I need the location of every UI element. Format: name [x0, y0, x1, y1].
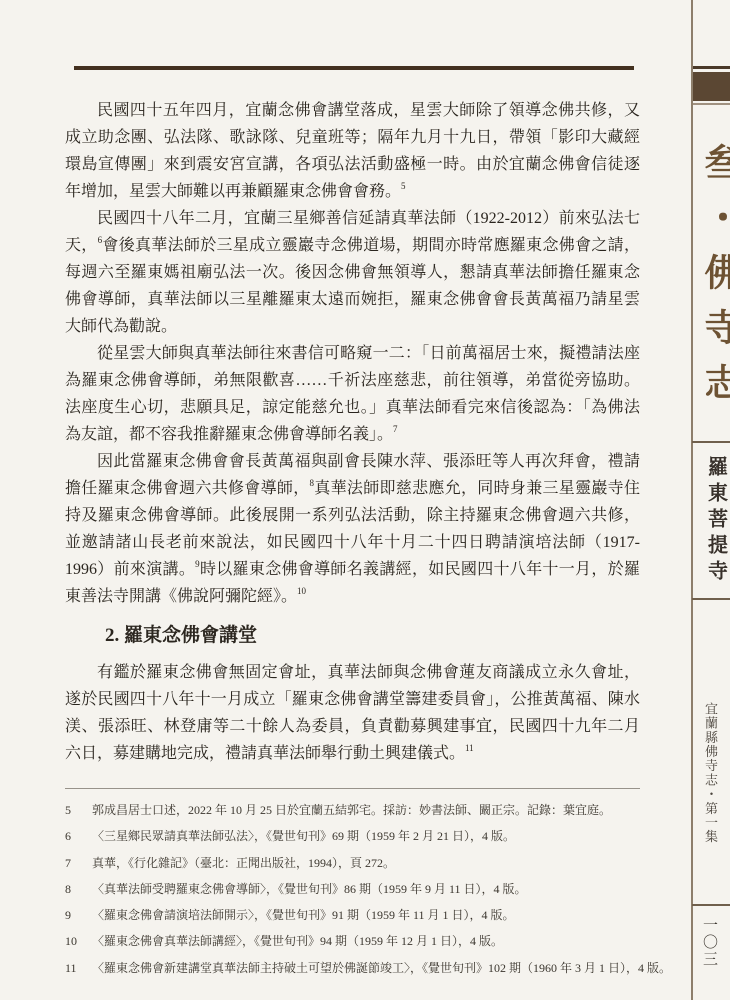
footnote-text: 真華，《行化雜記》（臺北：正聞出版社，1994），頁 272。: [92, 850, 395, 876]
footnote-marker: 10: [297, 586, 306, 596]
section-top-rule: [74, 66, 634, 70]
footnote-item: 9〈羅東念佛會請演培法師開示〉，《覺世旬刊》91 期（1959 年 11 月 1…: [65, 902, 665, 928]
sidebar-bar-top-line: [693, 66, 730, 69]
sidebar-bar-bottom-line: [693, 103, 730, 105]
book-title-vertical: 宜蘭縣佛寺志・第一集: [703, 702, 717, 844]
footnote-item: 8〈真華法師受聘羅東念佛會導師〉，《覺世旬刊》86 期（1959 年 9 月 1…: [65, 876, 665, 902]
section-heading: 2. 羅東念佛會講堂: [65, 622, 640, 650]
part-title-vertical: 叁・佛寺志: [699, 143, 730, 418]
footnote-number: 7: [65, 850, 92, 876]
footnote-text: 郭成昌居士口述，2022 年 10 月 25 日於宜蘭五結郭宅。採訪：妙書法師、…: [92, 797, 611, 823]
footnote-number: 5: [65, 797, 92, 823]
footnote-marker: 6: [98, 235, 103, 245]
chapter-title-box: 羅東菩提寺: [692, 441, 730, 600]
sidebar-brown-bar: [693, 72, 730, 101]
body-paragraph: 民國四十五年四月，宜蘭念佛會講堂落成，星雲大師除了領導念佛共修，又成立助念團、弘…: [65, 97, 640, 205]
footnote-divider: [65, 788, 640, 789]
footnote-text: 〈羅東念佛會新建講堂真華法師主持破土可望於佛誕節竣工〉，《覺世旬刊》102 期（…: [92, 955, 671, 981]
footnote-item: 5郭成昌居士口述，2022 年 10 月 25 日於宜蘭五結郭宅。採訪：妙書法師…: [65, 797, 665, 823]
footnote-marker: 8: [310, 478, 315, 488]
footnote-marker: 7: [393, 424, 398, 434]
page-number-vertical: 一〇三: [701, 917, 717, 968]
footnote-marker: 11: [465, 743, 474, 753]
footnote-number: 10: [65, 928, 92, 954]
body-paragraphs: 民國四十五年四月，宜蘭念佛會講堂落成，星雲大師除了領導念佛共修，又成立助念團、弘…: [65, 97, 640, 610]
footnote-marker: 5: [401, 181, 406, 191]
body-paragraph: 從星雲大師與真華法師往來書信可略窺一二：「日前萬福居士來，擬禮請法座為羅東念佛會…: [65, 340, 640, 448]
body-paragraph: 有鑑於羅東念佛會無固定會址，真華法師與念佛會蓮友商議成立永久會址，遂於民國四十八…: [65, 659, 640, 767]
footnote-text: 〈真華法師受聘羅東念佛會導師〉，《覺世旬刊》86 期（1959 年 9 月 11…: [92, 876, 527, 902]
footnote-number: 8: [65, 876, 92, 902]
footnote-text: 〈羅東念佛會請演培法師開示〉，《覺世旬刊》91 期（1959 年 11 月 1 …: [92, 902, 515, 928]
footnote-number: 11: [65, 955, 92, 981]
footnote-item: 7真華，《行化雜記》（臺北：正聞出版社，1994），頁 272。: [65, 850, 665, 876]
book-page: { "document": { "body": { "paragraphs": …: [0, 0, 730, 1000]
footnote-item: 10〈羅東念佛會真華法師講經〉，《覺世旬刊》94 期（1959 年 12 月 1…: [65, 928, 665, 954]
footnote-text: 〈羅東念佛會真華法師講經〉，《覺世旬刊》94 期（1959 年 12 月 1 日…: [92, 928, 503, 954]
footnote-item: 11〈羅東念佛會新建講堂真華法師主持破土可望於佛誕節竣工〉，《覺世旬刊》102 …: [65, 955, 665, 981]
folio-divider: [692, 904, 730, 906]
footnote-number: 9: [65, 902, 92, 928]
footnote-number: 6: [65, 823, 92, 849]
footnote-list: 5郭成昌居士口述，2022 年 10 月 25 日於宜蘭五結郭宅。採訪：妙書法師…: [65, 797, 665, 981]
body-text-block: 民國四十五年四月，宜蘭念佛會講堂落成，星雲大師除了領導念佛共修，又成立助念團、弘…: [65, 97, 640, 767]
footnote-item: 6〈三星鄉民眾請真華法師弘法〉，《覺世旬刊》69 期（1959 年 2 月 21…: [65, 823, 665, 849]
body-paragraph: 因此當羅東念佛會會長黃萬福與副會長陳水萍、張添旺等人再次拜會，禮請擔任羅東念佛會…: [65, 448, 640, 610]
chapter-title-vertical: 羅東菩提寺: [695, 456, 728, 586]
body-paragraphs-after: 有鑑於羅東念佛會無固定會址，真華法師與念佛會蓮友商議成立永久會址，遂於民國四十八…: [65, 659, 640, 767]
footnote-text: 〈三星鄉民眾請真華法師弘法〉，《覺世旬刊》69 期（1959 年 2 月 21 …: [92, 823, 515, 849]
body-paragraph: 民國四十八年二月，宜蘭三星鄉善信延請真華法師（1922-2012）前來弘法七天，…: [65, 205, 640, 340]
footnote-marker: 9: [195, 559, 200, 569]
